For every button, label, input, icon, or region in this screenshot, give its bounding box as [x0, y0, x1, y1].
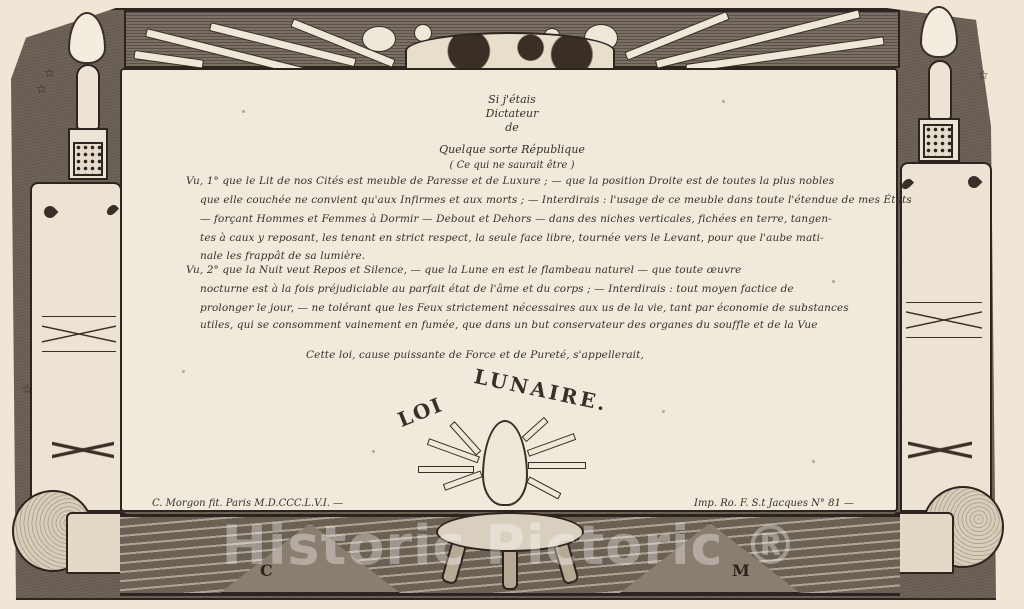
heading-line-4: Quelque sorte République: [0, 143, 1024, 156]
left-column-brace: [42, 316, 116, 352]
paragraph-1-line-4: tes à caux y reposant, les tenant en str…: [200, 232, 824, 244]
foxing-speck: [812, 460, 815, 463]
rising-globe: [405, 32, 615, 70]
heading-line-1: Si j'étais: [0, 93, 1024, 106]
right-lamp-flame-icon: [920, 6, 958, 58]
paragraph-2-line-2: nocturne est à la fois préjudiciable au …: [200, 283, 794, 295]
right-column-brace: [908, 400, 972, 500]
paragraph-2-line-4: utiles, qui se consomment vainement en f…: [200, 319, 818, 331]
right-column-brace: [906, 302, 982, 338]
emblem-word-loi: LOI: [394, 392, 446, 432]
foxing-speck: [662, 410, 665, 413]
engraver-signature: C. Morgon fit. Paris M.D.CCC.L.V.I. —: [152, 498, 343, 509]
paragraph-1-line-1: Vu, 1° que le Lit de nos Cités est meubl…: [186, 175, 834, 187]
foxing-speck: [372, 450, 375, 453]
emblem-ray: [528, 462, 586, 469]
star-icon: ☆: [978, 68, 989, 82]
watermark: Historic Pictoric ®: [190, 514, 830, 577]
left-pedestal: [66, 512, 128, 574]
star-icon: ☆: [44, 66, 55, 80]
engraving-sheet: ☆ ☆ ☆ ✧ ☆ ✧ C M Si j'étais Dictateur: [0, 0, 1024, 609]
foxing-speck: [832, 280, 835, 283]
paragraph-1-line-3: — forçant Hommes et Femmes à Dormir — De…: [200, 213, 832, 225]
emblem-ray: [418, 466, 474, 473]
heading-line-5: ( Ce qui ne saurait être ): [0, 160, 1024, 171]
right-pedestal: [892, 512, 954, 574]
paragraph-1-line-5: nale les frappât de sa lumière.: [200, 250, 365, 262]
cloud: [362, 26, 396, 52]
paragraph-1-line-2: que elle couchée ne convient qu'aux Infi…: [200, 194, 912, 206]
paragraph-2-line-3: prolonger le jour, — ne tolérant que les…: [200, 302, 849, 314]
closing-line: Cette loi, cause puissante de Force et d…: [306, 349, 644, 361]
heading-line-2: Dictateur: [0, 107, 1024, 120]
paragraph-2-line-1: Vu, 2° que la Nuit veut Repos et Silence…: [186, 264, 741, 276]
sun-ray: [133, 50, 204, 69]
left-column-brace: [52, 400, 114, 500]
heading-line-3: de: [0, 121, 1024, 134]
printer-imprint: Imp. Ro. F. S.t Jacques N° 81 —: [694, 498, 854, 509]
foxing-speck: [182, 370, 185, 373]
